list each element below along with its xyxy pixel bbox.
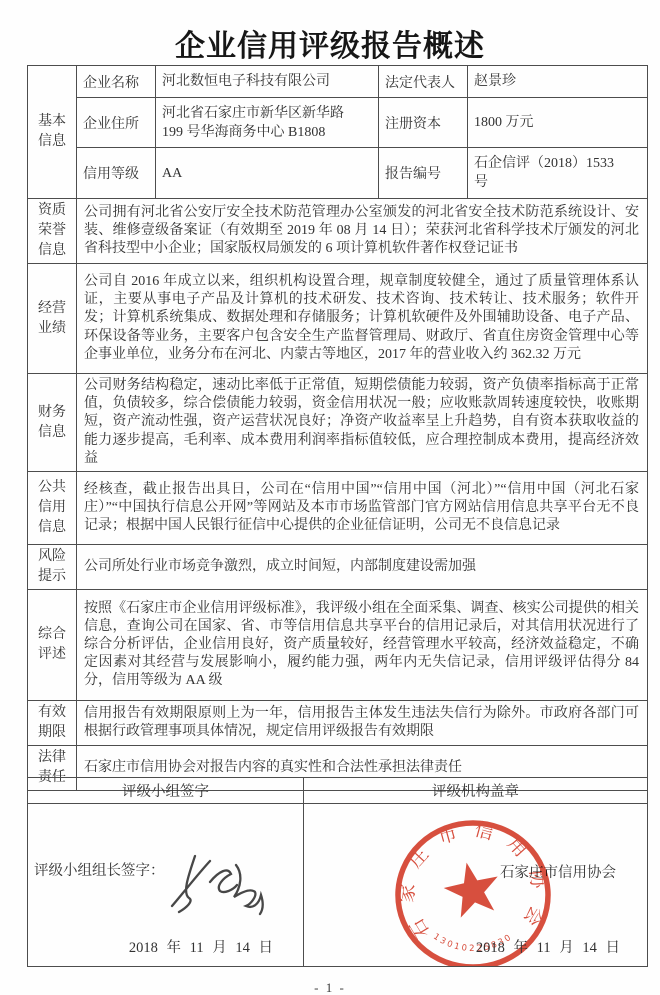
page-title: 企业信用评级报告概述	[0, 21, 660, 65]
field-label: 法定代表人	[379, 66, 468, 98]
table-row: 企业住所 河北省石家庄市新华区新华路 199 号华海商务中心 B1808 注册资…	[28, 98, 648, 148]
field-label: 报告编号	[379, 148, 468, 199]
table-row: 评级小组组长签字： 2018 年 11 月 14 日 石家庄市信用协会	[28, 804, 648, 967]
field-value-company-name: 河北数恒电子科技有限公司	[156, 66, 379, 98]
field-value-report-no: 石企信评（2018）1533 号	[468, 148, 648, 199]
stamp-cell: 石家庄市信用协会 石家庄市信用协会 13010225830	[304, 804, 648, 967]
leader-signature	[166, 848, 278, 920]
table-row: 财务信息 公司财务结构稳定，速动比率低于正常值，短期偿债能力较弱，资产负债率指标…	[28, 374, 648, 472]
signature-cell: 评级小组组长签字： 2018 年 11 月 14 日	[28, 804, 304, 967]
signature-date: 2018 年 11 月 14 日	[129, 936, 273, 957]
star-icon	[440, 857, 505, 920]
field-label: 企业名称	[77, 66, 156, 98]
section-label-basic: 基本信息	[28, 66, 77, 199]
section-label-text: 财务信息	[38, 403, 66, 443]
field-label: 注册资本	[379, 98, 468, 148]
table-row: 有效期限 信用报告有效期限原则上为一年，信用报告主体发生违法失信行为除外。市政府…	[28, 701, 648, 746]
section-label-text: 综合评述	[38, 625, 66, 665]
section-label: 财务信息	[28, 374, 77, 472]
signoff-right-header: 评级机构盖章	[304, 778, 648, 804]
table-row: 基本信息 企业名称 河北数恒电子科技有限公司 法定代表人 赵景珍	[28, 66, 648, 98]
field-label: 信用等级	[77, 148, 156, 199]
section-label: 公共信用信息	[28, 472, 77, 545]
section-content-summary: 按照《石家庄市企业信用评级标准》，我评级小组在全面采集、调查、核实公司提供的相关…	[77, 590, 648, 701]
table-row: 综合评述 按照《石家庄市企业信用评级标准》，我评级小组在全面采集、调查、核实公司…	[28, 590, 648, 701]
section-content-finance: 公司财务结构稳定，速动比率低于正常值，短期偿债能力较弱，资产负债率指标高于正常值…	[77, 374, 648, 472]
section-label: 风险提示	[28, 545, 77, 590]
report-table: 基本信息 企业名称 河北数恒电子科技有限公司 法定代表人 赵景珍 企业住所 河北…	[27, 65, 648, 791]
table-row: 评级小组签字 评级机构盖章	[28, 778, 648, 804]
section-content-risk: 公司所处行业市场竞争激烈，成立时间短，内部制度建设需加强	[77, 545, 648, 590]
section-label: 经营业绩	[28, 264, 77, 374]
section-content-validity: 信用报告有效期限原则上为一年，信用报告主体发生违法失信行为除外。市政府各部门可根…	[77, 701, 648, 746]
signoff-table: 评级小组签字 评级机构盖章 评级小组组长签字： 2018 年 11 月 14 日	[27, 777, 648, 967]
section-label-text: 经营业绩	[38, 299, 66, 339]
credit-report-page: 企业信用评级报告概述 基本信息 企业名称 河北数恒电子科技有限公司 法定代表人 …	[0, 0, 660, 995]
table-row: 风险提示 公司所处行业市场竞争激烈，成立时间短，内部制度建设需加强	[28, 545, 648, 590]
page-number: - 1 -	[0, 980, 660, 995]
table-row: 经营业绩 公司自 2016 年成立以来，组织机构设置合理，规章制度较健全，通过了…	[28, 264, 648, 374]
stamp-date: 2018 年 11 月 14 日	[476, 936, 620, 957]
section-content-public-credit: 经核查，截止报告出具日，公司在“信用中国”“信用中国（河北）”“信用中国（河北石…	[77, 472, 648, 545]
field-value-address: 河北省石家庄市新华区新华路 199 号华海商务中心 B1808	[156, 98, 379, 148]
section-content-business: 公司自 2016 年成立以来，组织机构设置合理，规章制度较健全，通过了质量管理体…	[77, 264, 648, 374]
section-label-text: 风险提示	[38, 547, 66, 587]
table-row: 资质荣誉信息 公司拥有河北省公安厅安全技术防范管理办公室颁发的河北省安全技术防范…	[28, 199, 648, 264]
section-label-text: 基本信息	[38, 112, 66, 152]
section-label-text: 资质荣誉信息	[38, 201, 66, 261]
field-value-credit-grade: AA	[156, 148, 379, 199]
leader-signature-label: 评级小组组长签字：	[34, 859, 165, 880]
section-content-qualifications: 公司拥有河北省公安厅安全技术防范管理办公室颁发的河北省安全技术防范系统设计、安装…	[77, 199, 648, 264]
table-row: 信用等级 AA 报告编号 石企信评（2018）1533 号	[28, 148, 648, 199]
section-label: 资质荣誉信息	[28, 199, 77, 264]
signoff-left-header: 评级小组签字	[28, 778, 304, 804]
field-label: 企业住所	[77, 98, 156, 148]
section-label: 有效期限	[28, 701, 77, 746]
section-label: 综合评述	[28, 590, 77, 701]
table-row: 公共信用信息 经核查，截止报告出具日，公司在“信用中国”“信用中国（河北）”“信…	[28, 472, 648, 545]
section-label-text: 有效期限	[38, 703, 66, 743]
field-value-legal-rep: 赵景珍	[468, 66, 648, 98]
field-value-capital: 1800 万元	[468, 98, 648, 148]
section-label-text: 公共信用信息	[38, 478, 66, 538]
